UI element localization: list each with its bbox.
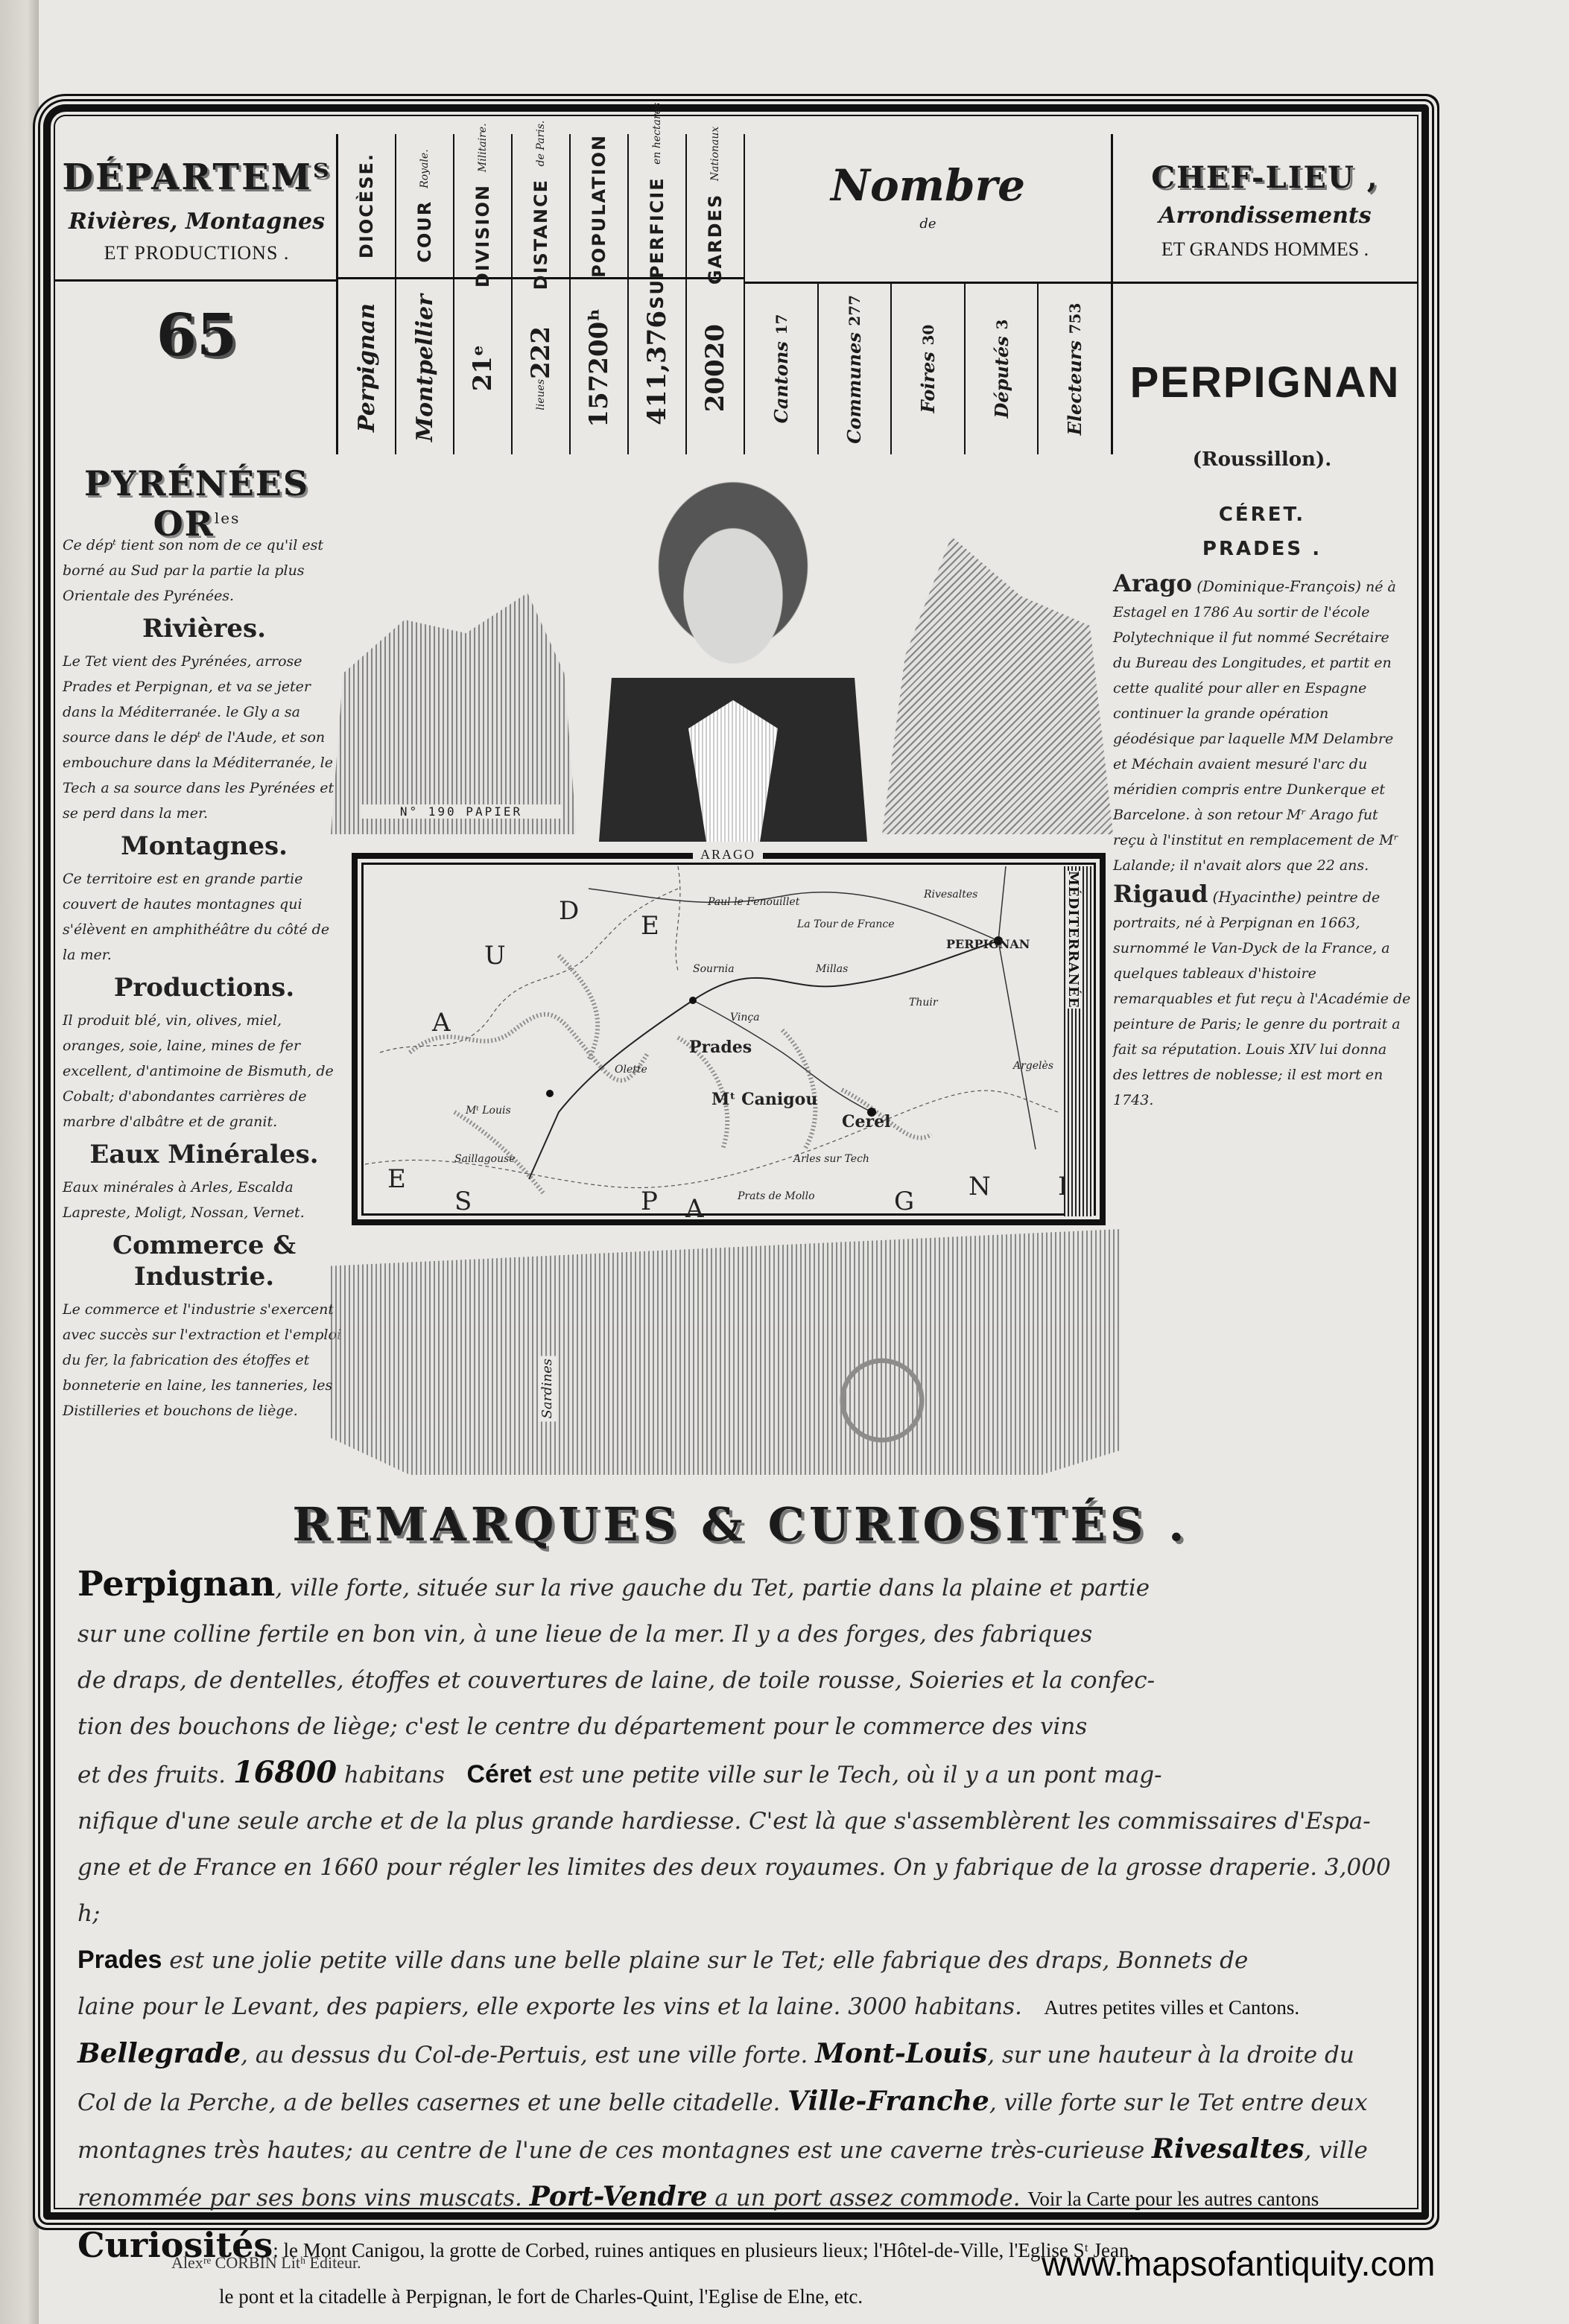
map-place: La Tour de France: [797, 918, 895, 930]
count-electeurs: Electeurs 753: [1039, 284, 1111, 454]
remarques-line: montagnes très hautes; au centre de l'un…: [77, 2126, 1396, 2174]
remarques-line: nifique d'une seule arche et de la plus …: [77, 1798, 1396, 1844]
count-deputes: Députés 3: [966, 284, 1039, 454]
stat-population: POPULATION 157200ʰ: [571, 134, 629, 454]
remarques-line: Prades est une jolie petite ville dans u…: [77, 1937, 1396, 1984]
stat-division: DIVISION Militaire. 21ᵉ: [454, 134, 513, 454]
section-heading-commerce: Commerce & Industrie.: [63, 1230, 346, 1292]
barrel-label: N° 190 PAPIER: [361, 804, 562, 819]
stat-label: GARDES: [705, 194, 726, 285]
remarques-line: Bellegrade, au dessus du Col-de-Pertuis,…: [77, 2031, 1396, 2078]
website-watermark: www.mapsofantiquity.com: [1042, 2244, 1435, 2284]
remarques-body: Perpignan, ville forte, située sur la ri…: [77, 1561, 1396, 2320]
map-place: Rivesaltes: [924, 889, 977, 901]
section-text: Ce territoire est en grande partie couve…: [63, 866, 346, 968]
section-text: Eaux minérales à Arles, Escalda Lapreste…: [63, 1175, 346, 1225]
town-heading: Céret: [467, 1760, 532, 1788]
map-place: Saillagouse: [454, 1153, 516, 1165]
map-place: Paul le Fenouillet: [708, 896, 799, 908]
stat-value: 21ᵉ: [468, 345, 498, 391]
town-heading: Prades: [77, 1946, 162, 1974]
section-heading-eaux-minerales: Eaux Minérales.: [63, 1139, 346, 1170]
department-block: DÉPARTEMᵀ Rivières, Montagnes ET PRODUCT…: [55, 134, 338, 454]
person-name: Arago: [1113, 569, 1192, 597]
stat-unit: lieues: [535, 379, 547, 410]
department-subtitle-2: ET PRODUCTIONS .: [55, 242, 338, 264]
chef-lieu-subtitle-2: ET GRANDS HOMMES .: [1113, 238, 1417, 261]
stat-label: DISTANCE: [530, 179, 551, 290]
right-column: (Roussillon). CÉRET. PRADES . Arago (Dom…: [1113, 447, 1411, 1116]
stat-label: POPULATION: [589, 134, 609, 278]
person-given-name: (Hyacinthe): [1213, 888, 1302, 906]
biography-arago: Arago (Dominique-François) né à Estagel …: [1113, 571, 1411, 878]
remarques-line: de draps, de dentelles, étoffes et couve…: [77, 1657, 1396, 1704]
count-label: Communes: [843, 332, 865, 444]
stat-diocese: DIOCÈSE. Perpignan: [338, 134, 396, 454]
region-label-espagne: E: [387, 1164, 406, 1194]
remarques-line: renommée par ses bons vins muscats. Port…: [77, 2174, 1396, 2222]
region-label-espagne: S: [454, 1187, 472, 1216]
portrait-illustration: N° 190 PAPIER: [331, 454, 1121, 871]
map-place: Sournia: [693, 963, 735, 975]
count-label: Foires: [917, 352, 939, 413]
region-label-espagne: G: [894, 1187, 914, 1216]
section-heading-rivieres: Rivières.: [63, 613, 346, 644]
region-name: (Roussillon).: [1113, 447, 1411, 472]
count-communes: Communes 277: [819, 284, 893, 454]
department-name-sup: les: [215, 509, 241, 527]
chef-lieu-block: CHEF-LIEU , Arrondissements ET GRANDS HO…: [1113, 134, 1417, 454]
biography-text: né à Estagel en 1786 Au sortir de l'écol…: [1113, 579, 1398, 874]
stat-value: 411,376: [642, 311, 672, 425]
line-text: Col de la Perche, a de belles casernes e…: [77, 2089, 780, 2116]
line-text: , ville forte, située sur la rive gauche…: [275, 1575, 1150, 1601]
nombre-de: de: [745, 216, 1111, 232]
stat-distance: DISTANCE de Paris. lieues222: [513, 134, 571, 454]
department-name-main: PYRÉNÉES OR: [84, 463, 309, 544]
map-place: Argelès: [1013, 1060, 1053, 1072]
count-label: Cantons: [770, 342, 792, 424]
biography-text: peintre de portraits, né à Perpignan en …: [1113, 889, 1410, 1108]
arrondissement: PRADES .: [1113, 536, 1411, 562]
intro-text: Ce dépᵗ tient son nom de ce qu'il est bo…: [63, 533, 346, 609]
count-value: 17: [773, 314, 790, 335]
line-text: , ville: [1305, 2137, 1368, 2164]
line-text: , au dessus du Col-de-Pertuis, est une v…: [241, 2042, 808, 2069]
remarques-title: REMARQUES & CURIOSITÉS .: [115, 1497, 1366, 1552]
stat-value: Montpellier: [412, 294, 438, 442]
remarques-line: gne et de France en 1660 pour régler les…: [77, 1844, 1396, 1937]
department-number: 65: [55, 302, 338, 369]
town-heading: Rivesaltes: [1152, 2133, 1305, 2165]
remarques-line: laine pour le Levant, des papiers, elle …: [77, 1984, 1396, 2031]
textiles-wheat-still-life: [882, 536, 1113, 834]
section-text: Il produit blé, vin, olives, miel, orang…: [63, 1008, 346, 1134]
remarques-line: Perpignan, ville forte, située sur la ri…: [77, 1561, 1396, 1611]
count-value: 3: [993, 320, 1011, 330]
biography-rigaud: Rigaud (Hyacinthe) peintre de portraits,…: [1113, 881, 1411, 1113]
region-label-aude: U: [484, 941, 506, 971]
line-text: : le Mont Canigou, la grotte de Corbed, …: [273, 2239, 1134, 2261]
map-place: Millas: [816, 963, 848, 975]
department-subtitle: Rivières, Montagnes: [55, 209, 338, 235]
section-text: Le commerce et l'industrie s'exercent av…: [63, 1297, 346, 1423]
count-label: Electeurs: [1064, 340, 1085, 435]
stat-value: 20020: [700, 324, 730, 412]
stat-sublabel: en hectares: [651, 103, 663, 165]
stat-gardes: GARDES Nationaux 20020: [687, 134, 745, 454]
left-column: Ce dépᵗ tient son nom de ce qu'il est bo…: [63, 533, 346, 1426]
stat-sublabel: de Paris.: [535, 121, 547, 167]
line-text: , sur une hauteur à la droite du: [987, 2042, 1354, 2069]
line-text: Autres petites villes et Cantons.: [1044, 1996, 1299, 2019]
remarques-line: et des fruits. 16800 habitans Céret est …: [77, 1750, 1396, 1798]
map-place-prades: Prades: [689, 1038, 752, 1057]
region-label-aude: A: [432, 1008, 451, 1038]
person-given-name: (Dominique-François): [1196, 577, 1361, 595]
chef-lieu-subtitle: Arrondissements: [1113, 203, 1417, 229]
count-value: 753: [1066, 303, 1084, 334]
line-text: renommée par ses bons vins muscats.: [77, 2185, 522, 2212]
region-label-aude: D: [559, 896, 579, 926]
nombre-title: Nombre: [745, 160, 1111, 211]
line-text: est une jolie petite ville dans une bell…: [169, 1947, 1248, 1974]
line-text: habitans: [344, 1762, 445, 1788]
stat-value: 222: [526, 326, 556, 379]
remarques-line: Col de la Perche, a de belles casernes e…: [77, 2078, 1396, 2126]
chef-lieu-title: CHEF-LIEU ,: [1113, 160, 1417, 195]
count-foires: Foires 30: [892, 284, 966, 454]
stat-cour: COUR Royale. Montpellier: [396, 134, 454, 454]
stat-label: DIOCÈSE.: [356, 153, 377, 258]
stat-value: 157200ʰ: [584, 308, 614, 428]
population-number: 16800: [233, 1755, 337, 1790]
town-heading: Perpignan: [77, 1563, 275, 1604]
map-place: Thuir: [909, 997, 938, 1009]
header-table: DÉPARTEMᵀ Rivières, Montagnes ET PRODUCT…: [55, 134, 1417, 454]
stat-sublabel: Royale.: [419, 149, 431, 188]
region-label-espagne: N: [969, 1172, 991, 1201]
arago-portrait: [599, 454, 867, 842]
line-text: , ville forte sur le Tet entre deux: [989, 2089, 1368, 2116]
stat-label: COUR: [414, 200, 435, 262]
remarques-line: sur une colline fertile en bon vin, à un…: [77, 1611, 1396, 1657]
region-label-espagne: A: [685, 1194, 704, 1224]
stat-sublabel: Nationaux: [709, 127, 721, 181]
statistics-table: DIOCÈSE. Perpignan COUR Royale. Montpell…: [338, 134, 1113, 454]
sardines-barrel-label: Sardines: [538, 1356, 557, 1421]
stat-sublabel: Militaire.: [477, 123, 489, 172]
line-text: laine pour le Levant, des papiers, elle …: [77, 1993, 1022, 2020]
line-text: a un port assez commode.: [714, 2185, 1020, 2212]
section-heading-montagnes: Montagnes.: [63, 831, 346, 862]
count-value: 277: [846, 295, 863, 326]
line-text: montagnes très hautes; au centre de l'un…: [77, 2137, 1144, 2164]
region-label-aude: E: [641, 911, 659, 941]
count-value: 30: [919, 325, 937, 346]
section-heading-productions: Productions.: [63, 972, 346, 1003]
products-illustration: [331, 1229, 1121, 1475]
town-heading: Mont-Louis: [815, 2038, 987, 2069]
chef-lieu-name: PERPIGNAN: [1113, 358, 1417, 407]
map-place-canigou: Mᵗ Canigou: [711, 1090, 817, 1109]
town-heading: Port-Vendre: [530, 2181, 708, 2212]
publisher-credit: Alexʳᵉ CORBIN Litʰ Editeur.: [171, 2253, 361, 2273]
map-place: Vinça: [730, 1012, 760, 1023]
divider: [55, 279, 338, 282]
wine-fish-still-life: [331, 566, 577, 834]
section-text: Le Tet vient des Pyrénées, arrose Prades…: [63, 649, 346, 826]
nombre-block: Nombre de Cantons 17 Communes 277 Foires…: [745, 134, 1111, 454]
arrondissement: CÉRET.: [1113, 502, 1411, 527]
stat-superficie: SUPERFICIE en hectares 411,376: [629, 134, 687, 454]
sea-label: MÉDITERRANÉE: [1065, 871, 1081, 1009]
map-place: Mᵗ Louis: [466, 1105, 511, 1117]
map-place: Prats de Mollo: [738, 1190, 815, 1202]
region-label-espagne: P: [641, 1187, 658, 1216]
page-content: DÉPARTEMᵀ Rivières, Montagnes ET PRODUCT…: [55, 119, 1417, 2209]
stat-label: DIVISION: [472, 184, 493, 288]
map-place-ceret: Cerel: [842, 1112, 890, 1131]
count-cantons: Cantons 17: [745, 284, 819, 454]
count-label: Députés: [991, 337, 1012, 419]
book-gutter: [0, 0, 39, 2324]
map-place: Arles sur Tech: [793, 1153, 869, 1165]
mediterranean-sea: MÉDITERRANÉE: [1064, 866, 1094, 1216]
person-name: Rigaud: [1113, 880, 1208, 908]
department-map: ARAGO: [352, 853, 1106, 1225]
map-place: Olette: [615, 1064, 647, 1076]
town-heading: Bellegrade: [77, 2038, 241, 2069]
town-heading: Ville-Franche: [787, 2086, 989, 2117]
department-title: DÉPARTEMᵀ: [55, 156, 338, 198]
map-place-perpignan: PERPIGNAN: [946, 937, 1030, 951]
stat-value: Perpignan: [354, 303, 380, 432]
line-text: et des fruits.: [77, 1762, 226, 1788]
nombre-counts: Cantons 17 Communes 277 Foires 30 Député…: [745, 282, 1111, 454]
line-text: Voir la Carte pour les autres cantons: [1027, 2188, 1319, 2210]
department-name: PYRÉNÉES ORles: [55, 463, 338, 544]
line-text: est une petite ville sur le Tech, où il …: [539, 1762, 1161, 1788]
divider: [1113, 282, 1417, 284]
remarques-line: tion des bouchons de liège; c'est le cen…: [77, 1704, 1396, 1750]
map-caption: ARAGO: [693, 847, 763, 863]
